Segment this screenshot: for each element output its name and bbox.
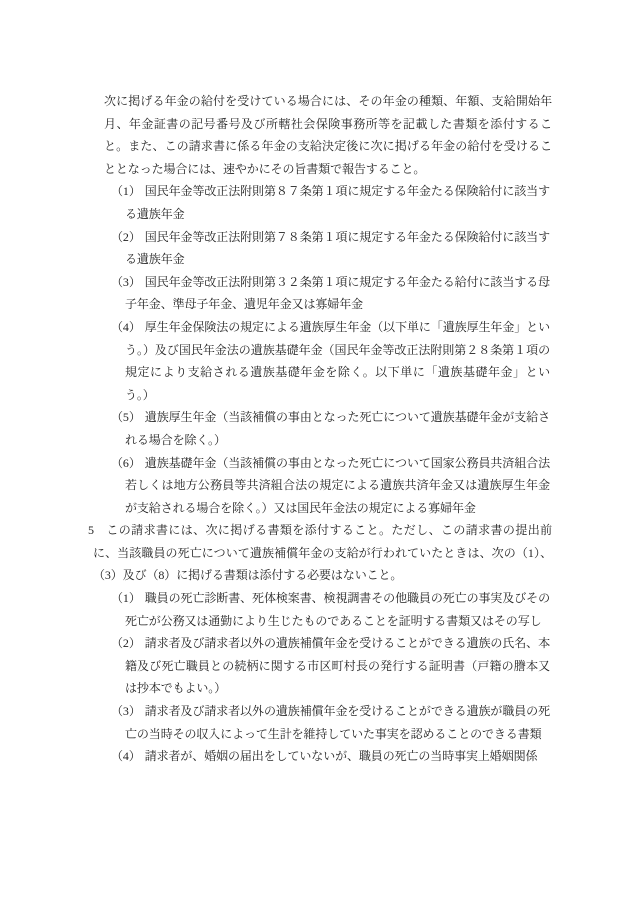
paragraph-text: 国民年金等改正法附則第３２条第１項に規定する年金たる給付に該当する母子年金、準母… xyxy=(125,275,550,312)
paragraph-text: この請求書には、次に掲げる書類を添付すること。ただし、この請求書の提出前に、当該… xyxy=(93,523,552,582)
item-label: （6） xyxy=(111,456,141,470)
item-label: （4） xyxy=(111,749,141,763)
item-label: （2） xyxy=(111,230,141,244)
list-item: （2）国民年金等改正法附則第７８条第１項に規定する年金たる保険給付に該当する遺族… xyxy=(125,226,550,271)
paragraph-text: 次に掲げる年金の給付を受けている場合には、その年金の種類、年額、支給開始年月、年… xyxy=(104,94,552,176)
list-item: （3）国民年金等改正法附則第３２条第１項に規定する年金たる給付に該当する母子年金… xyxy=(125,271,550,316)
list-item: （3）請求者及び請求者以外の遺族補償年金を受けることができる遺族が職員の死亡の当… xyxy=(125,700,550,745)
list-item: （4）請求者が、婚姻の届出をしていないが、職員の死亡の当時事実上婚姻関係 xyxy=(125,745,550,768)
document-page: 次に掲げる年金の給付を受けている場合には、その年金の種類、年額、支給開始年月、年… xyxy=(0,0,630,903)
section-number: 5 xyxy=(88,523,94,537)
item-label: （1） xyxy=(111,184,141,198)
list-item: （2）請求者及び請求者以外の遺族補償年金を受けることができる遺族の氏名、本籍及び… xyxy=(125,632,550,700)
paragraph-text: 請求者及び請求者以外の遺族補償年金を受けることができる遺族の氏名、本籍及び死亡職… xyxy=(125,636,550,695)
paragraph-text: 国民年金等改正法附則第７８条第１項に規定する年金たる保険給付に該当する遺族年金 xyxy=(125,230,550,267)
list-item: （6）遺族基礎年金（当該補償の事由となった死亡について国家公務員共済組合法若しく… xyxy=(125,452,550,520)
paragraph-text: 国民年金等改正法附則第８７条第１項に規定する年金たる保険給付に該当する遺族年金 xyxy=(125,184,550,221)
list-item: （1）職員の死亡診断書、死体検案書、検視調書その他職員の死亡の事実及びその死亡が… xyxy=(125,587,550,632)
paragraph-text: 遺族基礎年金（当該補償の事由となった死亡について国家公務員共済組合法若しくは地方… xyxy=(125,456,550,515)
document-content: 次に掲げる年金の給付を受けている場合には、その年金の種類、年額、支給開始年月、年… xyxy=(0,90,630,768)
paragraph-text: 厚生年金保険法の規定による遺族厚生年金（以下単に「遺族厚生年金」という。）及び国… xyxy=(125,320,550,402)
paragraph-text: 遺族厚生年金（当該補償の事由となった死亡について遺族基礎年金が支給される場合を除… xyxy=(125,410,550,447)
list-item: （5）遺族厚生年金（当該補償の事由となった死亡について遺族基礎年金が支給される場… xyxy=(125,406,550,451)
body-paragraph: 次に掲げる年金の給付を受けている場合には、その年金の種類、年額、支給開始年月、年… xyxy=(104,90,552,180)
item-label: （1） xyxy=(111,591,141,605)
list-item: （4）厚生年金保険法の規定による遺族厚生年金（以下単に「遺族厚生年金」という。）… xyxy=(125,316,550,406)
paragraph-text: 職員の死亡診断書、死体検案書、検視調書その他職員の死亡の事実及びその死亡が公務又… xyxy=(125,591,550,628)
item-label: （3） xyxy=(111,275,141,289)
paragraph-text: 請求者及び請求者以外の遺族補償年金を受けることができる遺族が職員の死亡の当時その… xyxy=(125,704,550,741)
item-label: （3） xyxy=(111,704,141,718)
item-label: （4） xyxy=(111,320,141,334)
paragraph-text: 請求者が、婚姻の届出をしていないが、職員の死亡の当時事実上婚姻関係 xyxy=(145,749,538,763)
item-label: （2） xyxy=(111,636,141,650)
section-paragraph: 5この請求書には、次に掲げる書類を添付すること。ただし、この請求書の提出前に、当… xyxy=(93,519,552,587)
item-label: （5） xyxy=(111,410,141,424)
list-item: （1）国民年金等改正法附則第８７条第１項に規定する年金たる保険給付に該当する遺族… xyxy=(125,180,550,225)
